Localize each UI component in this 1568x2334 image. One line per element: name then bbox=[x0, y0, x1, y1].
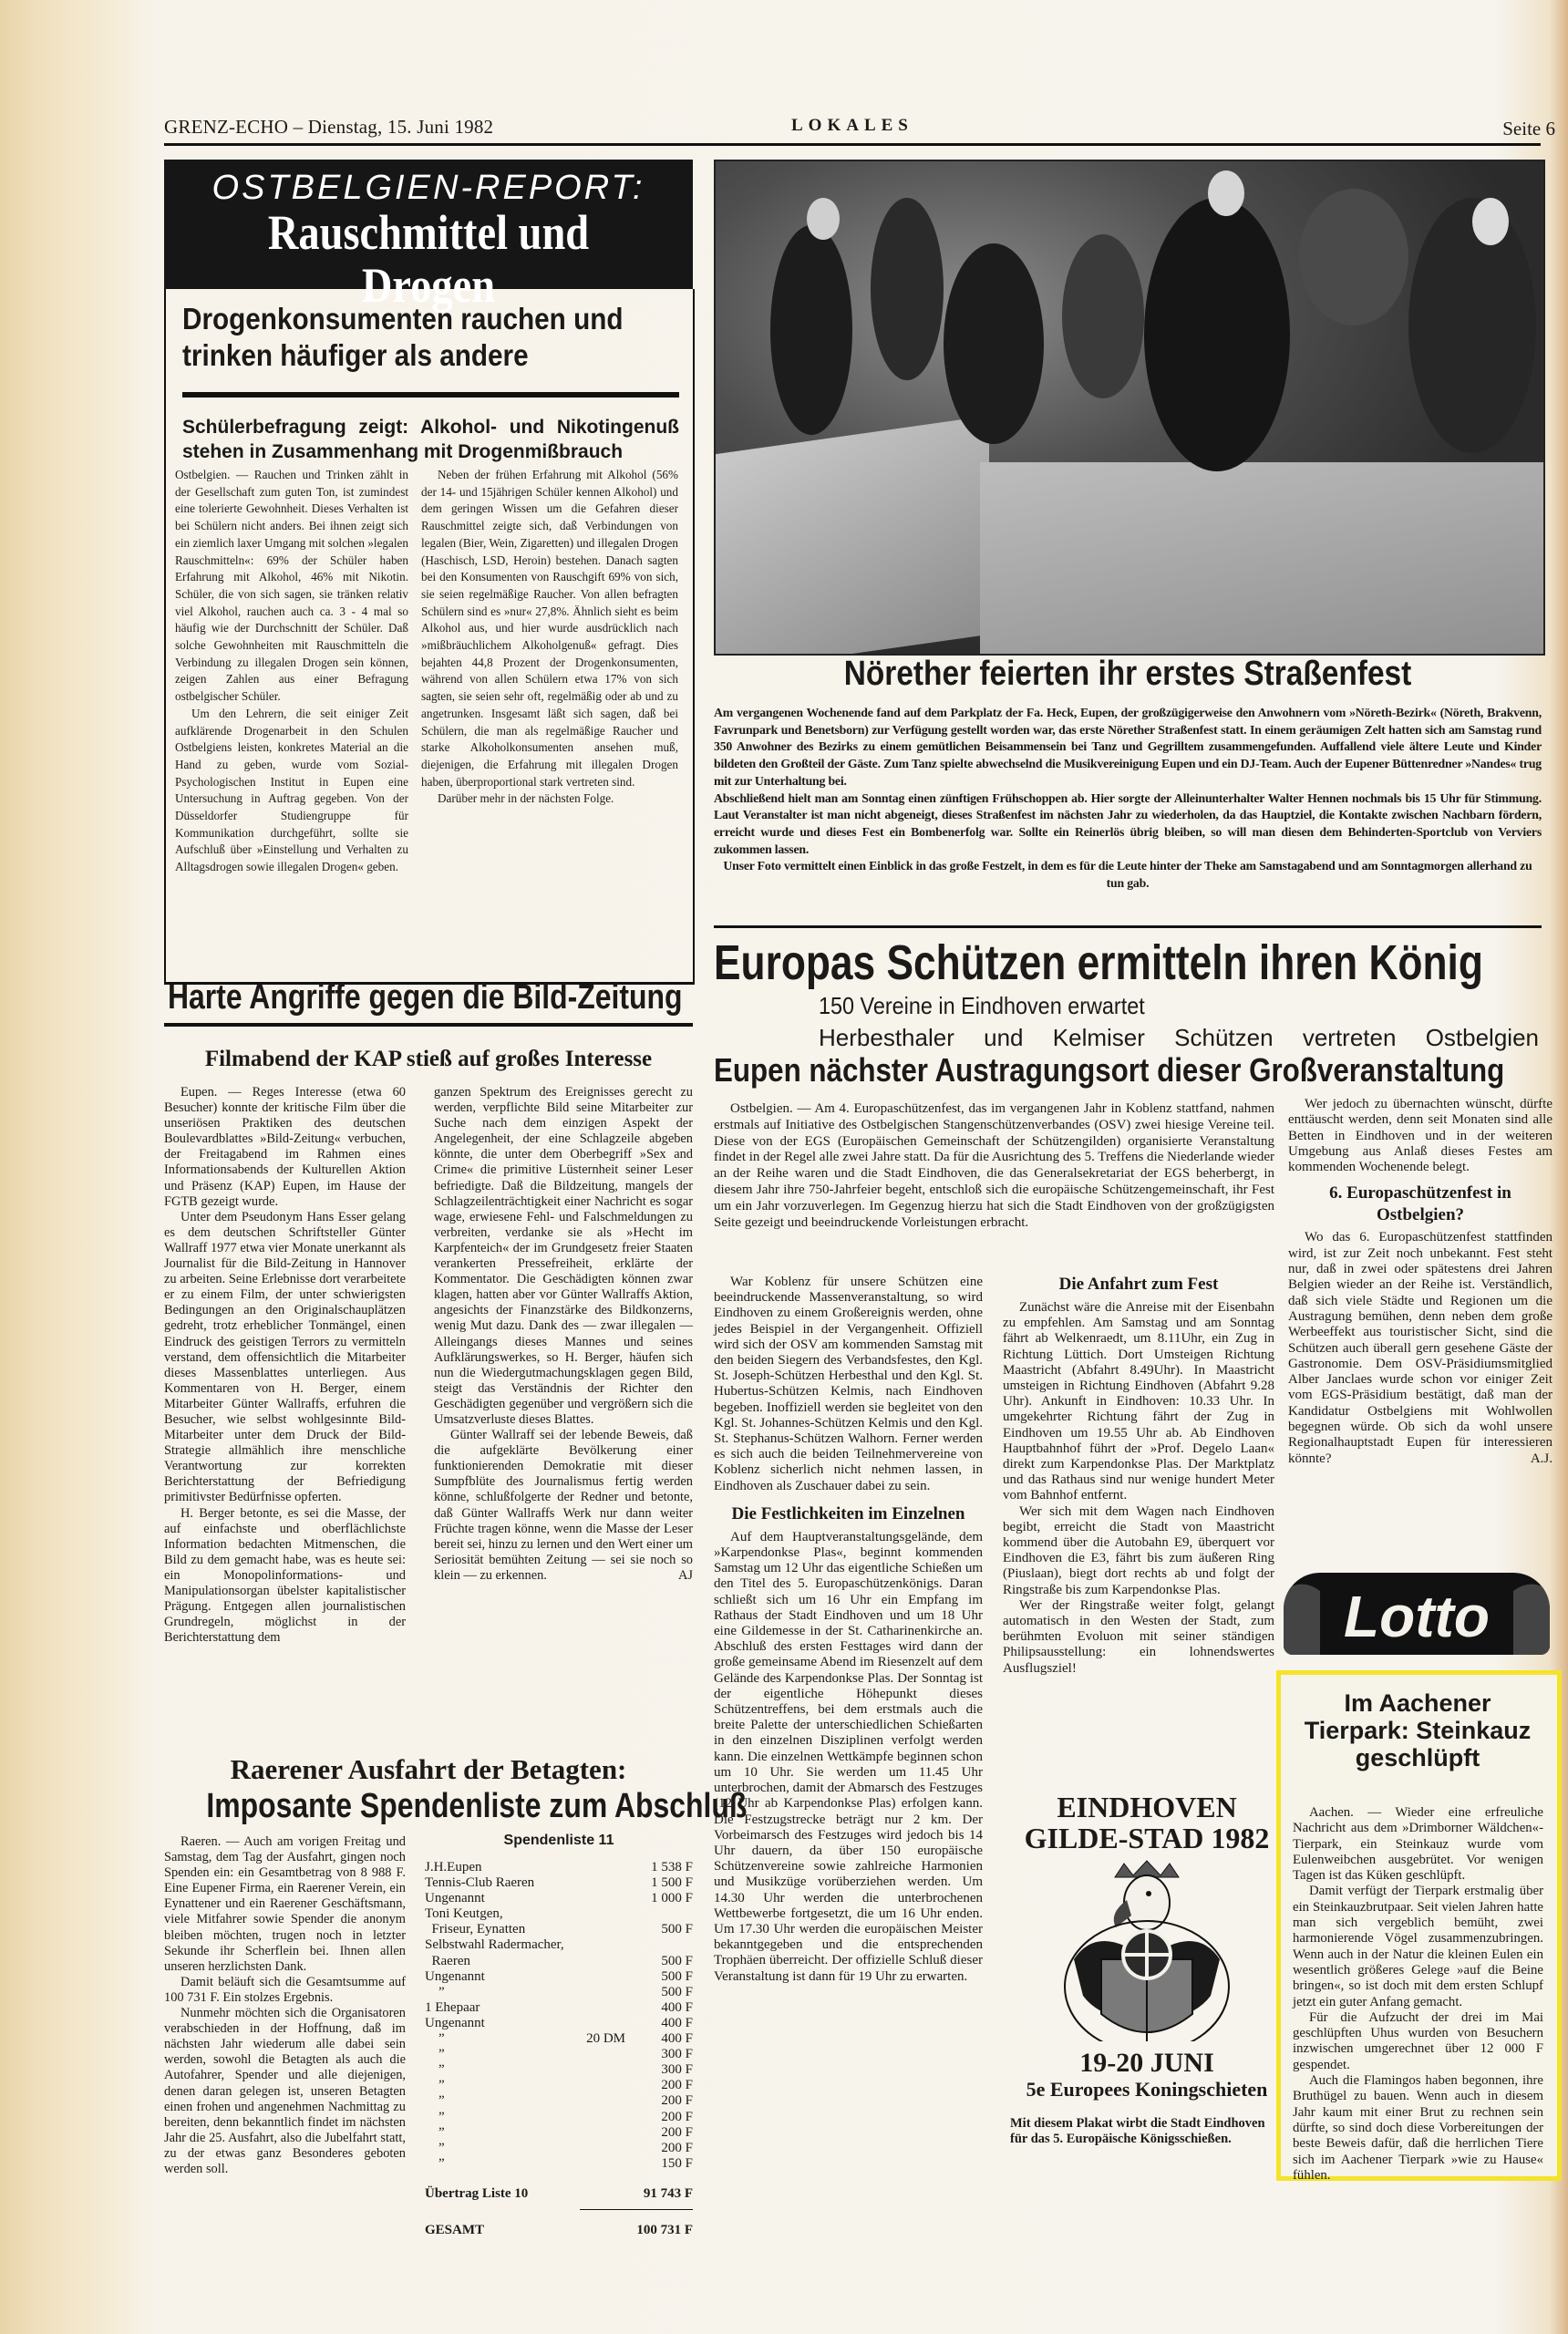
schuetzen-column-3: Wer jedoch zu übernachten wünscht, dürft… bbox=[1288, 1097, 1553, 1467]
donation-note bbox=[562, 1875, 625, 1891]
donation-row: ”200 F bbox=[425, 2078, 693, 2093]
schuetzen-headline: Europas Schützen ermitteln ihren König bbox=[714, 935, 1424, 991]
schuetzen-lead: Ostbelgien. — Am 4. Europaschützenfest, … bbox=[714, 1101, 1274, 1231]
donation-row: ”200 F bbox=[425, 2125, 693, 2141]
sixth-fest-subhead: 6. Europaschützenfest in Ostbelgien? bbox=[1288, 1182, 1553, 1226]
donation-row: ”300 F bbox=[425, 2062, 693, 2078]
tierpark-text: Aachen. — Wieder eine erfreuliche Nachri… bbox=[1293, 1805, 1543, 2184]
report-column-1: Ostbelgien. — Rauchen und Trinken zählt … bbox=[175, 467, 408, 876]
donation-row: ”200 F bbox=[425, 2093, 693, 2109]
paragraph: H. Berger betonte, es sei die Masse, der… bbox=[164, 1506, 406, 1647]
anfahrt-subhead: Die Anfahrt zum Fest bbox=[1003, 1275, 1274, 1295]
donation-name: ” bbox=[425, 2093, 562, 2109]
donation-name: ” bbox=[425, 2031, 562, 2047]
donation-name: Raeren bbox=[425, 1954, 562, 1969]
donation-note bbox=[562, 1891, 625, 1906]
donation-name: ” bbox=[425, 2078, 562, 2093]
donation-amount: 200 F bbox=[625, 2125, 693, 2141]
donation-name: ” bbox=[425, 2141, 562, 2156]
donation-name: Toni Keutgen, bbox=[425, 1906, 562, 1922]
total-row: GESAMT 100 731 F bbox=[425, 2223, 693, 2238]
paragraph: Unser Foto vermittelt einen Einblick in … bbox=[714, 858, 1542, 892]
donation-row: 1 Ehepaar400 F bbox=[425, 2000, 693, 2016]
donation-note bbox=[562, 2093, 625, 2109]
paragraph: Neben der frühen Erfahrung mit Alkohol (… bbox=[421, 467, 678, 790]
donation-name: Tennis-Club Raeren bbox=[425, 1875, 562, 1891]
donation-row: ”200 F bbox=[425, 2141, 693, 2156]
bild-column-1: Eupen. — Reges Interesse (etwa 60 Besuch… bbox=[164, 1085, 406, 1646]
paragraph: Wer jedoch zu übernachten wünscht, dürft… bbox=[1288, 1097, 1553, 1175]
eindhoven-poster: EINDHOVEN GILDE-STAD 1982 19-20 JUNI 5e … bbox=[1010, 1792, 1284, 2147]
donation-amount: 300 F bbox=[625, 2047, 693, 2062]
donation-note bbox=[562, 1985, 625, 2000]
paragraph: Abschließend hielt man am Sonntag einen … bbox=[714, 790, 1542, 859]
donation-note: 20 DM bbox=[562, 2031, 625, 2047]
report-subheadline: Schülerbefragung zeigt: Alkohol- und Nik… bbox=[182, 415, 679, 464]
donation-name: Ungenannt bbox=[425, 1891, 562, 1906]
donation-name: ” bbox=[425, 1985, 562, 2000]
donation-note bbox=[562, 2110, 625, 2125]
donation-amount bbox=[625, 1906, 693, 1922]
paragraph: War Koblenz für unsere Schützen eine bee… bbox=[714, 1275, 983, 1494]
paragraph: Aachen. — Wieder eine erfreuliche Nachri… bbox=[1293, 1805, 1543, 1884]
donation-name: Ungenannt bbox=[425, 1969, 562, 1985]
donation-amount: 200 F bbox=[625, 2141, 693, 2156]
bild-headline: Harte Angriffe gegen die Bild-Zeitung bbox=[168, 978, 612, 1017]
paragraph: Unter dem Pseudonym Hans Esser gelang es… bbox=[164, 1210, 406, 1506]
donation-name: ” bbox=[425, 2156, 562, 2172]
report-column-2: Neben der frühen Erfahrung mit Alkohol (… bbox=[421, 467, 678, 808]
schuetzen-sub2: Herbesthaler und Kelmiser Schützen vertr… bbox=[819, 1024, 1539, 1052]
donation-note bbox=[562, 2062, 625, 2078]
raeren-text: Raeren. — Auch am vorigen Freitag und Sa… bbox=[164, 1834, 406, 2177]
donation-amount: 1 500 F bbox=[625, 1875, 693, 1891]
donation-row: Ungenannt500 F bbox=[425, 1969, 693, 1985]
donation-name: ” bbox=[425, 2047, 562, 2062]
donation-amount: 400 F bbox=[625, 2031, 693, 2047]
paragraph: Wer sich mit dem Wagen nach Eindhoven be… bbox=[1003, 1504, 1274, 1598]
report-headline: Drogenkonsumenten rauchen und trinken hä… bbox=[182, 301, 675, 374]
donation-note bbox=[562, 1969, 625, 1985]
donation-amount: 150 F bbox=[625, 2156, 693, 2172]
donation-note bbox=[562, 2016, 625, 2031]
noreth-headline: Nörether feierten ihr erstes Straßenfest bbox=[763, 655, 1491, 694]
noreth-text: Am vergangenen Wochenende fand auf dem P… bbox=[714, 705, 1542, 893]
donation-note bbox=[562, 2125, 625, 2141]
festlichkeiten-subhead: Die Festlichkeiten im Einzelnen bbox=[714, 1502, 983, 1526]
donation-row: J.H.Eupen1 538 F bbox=[425, 1860, 693, 1875]
donation-note bbox=[562, 2078, 625, 2093]
report-banner: OSTBELGIEN-REPORT: Rauschmittel und Drog… bbox=[164, 160, 693, 289]
carry-label: Übertrag Liste 10 bbox=[425, 2186, 528, 2202]
carry-amount: 91 743 F bbox=[644, 2186, 693, 2202]
donation-name: ” bbox=[425, 2125, 562, 2141]
paragraph: Um den Lehrern, die seit einiger Zeit au… bbox=[175, 706, 408, 876]
guild-emblem-icon bbox=[1010, 1859, 1284, 2041]
donation-name: Friseur, Eynatten bbox=[425, 1922, 562, 1937]
tierpark-headline: Im Aachener Tierpark: Steinkauz geschlüp… bbox=[1295, 1689, 1541, 1771]
divider bbox=[164, 1023, 693, 1027]
donation-note bbox=[562, 1906, 625, 1922]
svg-text:Lotto: Lotto bbox=[1344, 1584, 1490, 1649]
donation-name: 1 Ehepaar bbox=[425, 2000, 562, 2016]
paragraph: Ostbelgien. — Rauchen und Trinken zählt … bbox=[175, 467, 408, 706]
donation-amount bbox=[628, 1937, 696, 1953]
bild-subheadline: Filmabend der KAP stieß auf großes Inter… bbox=[164, 1047, 693, 1072]
donation-note bbox=[562, 1860, 625, 1875]
paragraph: Am vergangenen Wochenende fand auf dem P… bbox=[714, 705, 1542, 790]
report-divider bbox=[182, 392, 679, 398]
donation-amount: 200 F bbox=[625, 2110, 693, 2125]
donation-note bbox=[562, 2156, 625, 2172]
donation-list-title: Spendenliste 11 bbox=[425, 1833, 693, 1849]
donation-row: ”500 F bbox=[425, 1985, 693, 2000]
lotto-logo-icon: Lotto bbox=[1284, 1573, 1550, 1655]
donation-note bbox=[562, 1922, 625, 1937]
paragraph: ganzen Spektrum des Ereignisses gerecht … bbox=[434, 1085, 693, 1428]
schuetzen-column-2: Die Anfahrt zum Fest Zunächst wäre die A… bbox=[1003, 1275, 1274, 1677]
paragraph: Damit beläuft sich die Gesamtsumme auf 1… bbox=[164, 1975, 406, 2006]
poster-date: 19-20 JUNI bbox=[1010, 2049, 1284, 2078]
donation-note bbox=[562, 2141, 625, 2156]
donation-row: Selbstwahl Radermacher, bbox=[425, 1937, 693, 1953]
header-rule bbox=[164, 143, 1541, 146]
raeren-kicker: Raerener Ausfahrt der Betagten: bbox=[164, 1753, 693, 1786]
donation-row: ”200 F bbox=[425, 2110, 693, 2125]
schuetzen-column-1: War Koblenz für unsere Schützen eine bee… bbox=[714, 1275, 983, 1985]
bild-column-2: ganzen Spektrum des Ereignisses gerecht … bbox=[434, 1085, 693, 1584]
donation-row: Raeren500 F bbox=[425, 1954, 693, 1969]
donation-row: ”20 DM400 F bbox=[425, 2031, 693, 2047]
donation-name: Selbstwahl Radermacher, bbox=[425, 1937, 564, 1953]
lotto-advert: Lotto bbox=[1284, 1573, 1550, 1655]
donation-amount: 1 000 F bbox=[625, 1891, 693, 1906]
schuetzen-sub3: Eupen nächster Austragungsort dieser Gro… bbox=[714, 1051, 1504, 1090]
donation-name: J.H.Eupen bbox=[425, 1860, 562, 1875]
total-amount: 100 731 F bbox=[636, 2223, 693, 2238]
donation-row: Ungenannt1 000 F bbox=[425, 1891, 693, 1906]
donation-amount: 200 F bbox=[625, 2093, 693, 2109]
donation-name: ” bbox=[425, 2062, 562, 2078]
donation-amount: 300 F bbox=[625, 2062, 693, 2078]
donation-amount: 400 F bbox=[625, 2000, 693, 2016]
total-label: GESAMT bbox=[425, 2223, 484, 2238]
donation-row: Friseur, Eynatten500 F bbox=[425, 1922, 693, 1937]
poster-caption: Mit diesem Plakat wirbt die Stadt Eindho… bbox=[1010, 2116, 1284, 2147]
report-kicker: OSTBELGIEN-REPORT: bbox=[164, 169, 693, 208]
donation-note bbox=[562, 2047, 625, 2062]
paragraph: Für die Aufzucht der drei im Mai geschlü… bbox=[1293, 2010, 1543, 2073]
paragraph: Auf dem Hauptveranstaltungsgelände, dem … bbox=[714, 1530, 983, 1985]
donation-amount: 500 F bbox=[625, 1954, 693, 1969]
donation-note bbox=[562, 2000, 625, 2016]
paragraph: Auch die Flamingos haben begonnen, ihre … bbox=[1293, 2073, 1543, 2184]
donation-name: ” bbox=[425, 2110, 562, 2125]
paragraph: Eupen. — Reges Interesse (etwa 60 Besuch… bbox=[164, 1085, 406, 1210]
donation-amount: 200 F bbox=[625, 2078, 693, 2093]
paragraph: Wo das 6. Europaschützenfest stattfinden… bbox=[1288, 1230, 1553, 1466]
donation-row: Toni Keutgen, bbox=[425, 1906, 693, 1922]
donation-note bbox=[562, 1954, 625, 1969]
festival-tent-photo bbox=[714, 160, 1545, 656]
donation-note bbox=[564, 1937, 628, 1953]
masthead-date: GRENZ-ECHO – Dienstag, 15. Juni 1982 bbox=[164, 116, 493, 139]
page-number: Seite 6 bbox=[1502, 118, 1555, 140]
paragraph: Günter Wallraff sei der lebende Beweis, … bbox=[434, 1428, 693, 1584]
poster-event: 5e Europees Koningschieten bbox=[1010, 2078, 1284, 2102]
donation-row: Ungenannt400 F bbox=[425, 2016, 693, 2031]
paragraph: Ostbelgien. — Am 4. Europaschützenfest, … bbox=[714, 1101, 1274, 1231]
section-title: LOKALES bbox=[791, 116, 913, 136]
raeren-headline: Imposante Spendenliste zum Abschluß bbox=[206, 1787, 650, 1826]
paragraph: Damit verfügt der Tierpark erstmalig übe… bbox=[1293, 1884, 1543, 2009]
donation-amount: 500 F bbox=[625, 1985, 693, 2000]
donation-row: ”300 F bbox=[425, 2047, 693, 2062]
poster-line1: EINDHOVEN bbox=[1010, 1792, 1284, 1823]
donation-name: Ungenannt bbox=[425, 2016, 562, 2031]
donation-list: Spendenliste 11 J.H.Eupen1 538 FTennis-C… bbox=[425, 1833, 693, 2238]
divider bbox=[714, 925, 1542, 928]
paragraph: Wer der Ringstraße weiter folgt, gelangt… bbox=[1003, 1598, 1274, 1677]
paragraph: Zunächst wäre die Anreise mit der Eisenb… bbox=[1003, 1300, 1274, 1504]
paragraph: Darüber mehr in der nächsten Folge. bbox=[421, 790, 678, 808]
paragraph: Nunmehr möchten sich die Organisatoren v… bbox=[164, 2006, 406, 2177]
donation-amount: 400 F bbox=[625, 2016, 693, 2031]
sum-rule bbox=[580, 2209, 693, 2210]
poster-line2: GILDE-STAD 1982 bbox=[1010, 1823, 1284, 1854]
paragraph: Raeren. — Auch am vorigen Freitag und Sa… bbox=[164, 1834, 406, 1975]
donation-row: Tennis-Club Raeren1 500 F bbox=[425, 1875, 693, 1891]
donation-row: ”150 F bbox=[425, 2156, 693, 2172]
donation-amount: 500 F bbox=[625, 1969, 693, 1985]
donation-amount: 500 F bbox=[625, 1922, 693, 1937]
schuetzen-sub1: 150 Vereine in Eindhoven erwartet bbox=[819, 992, 1145, 1020]
carry-over-row: Übertrag Liste 10 91 743 F bbox=[425, 2186, 693, 2202]
donation-amount: 1 538 F bbox=[625, 1860, 693, 1875]
